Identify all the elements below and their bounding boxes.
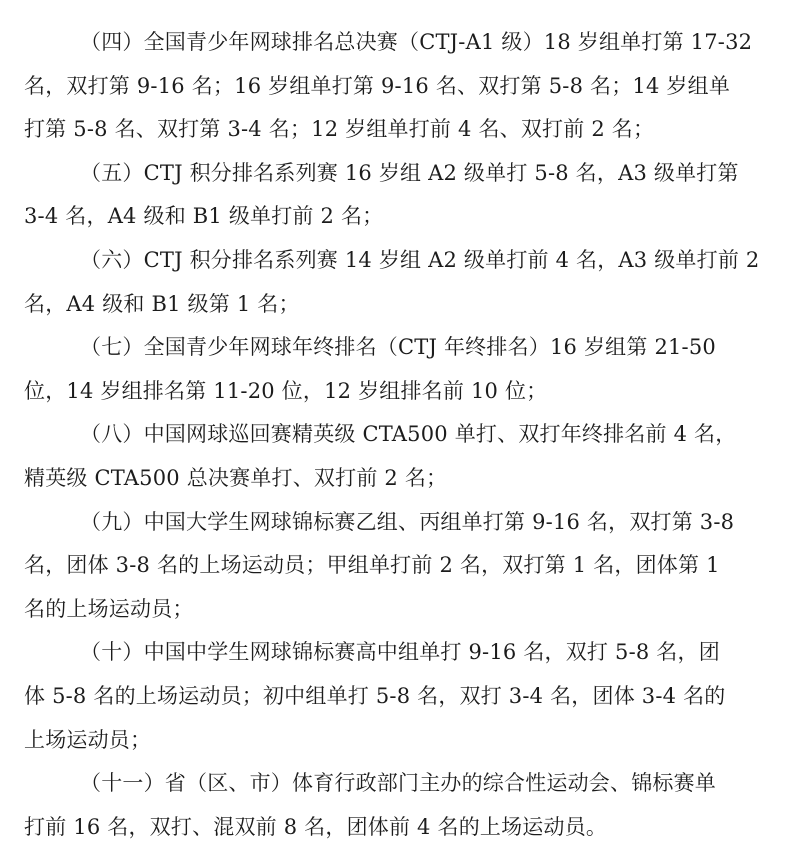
paragraph-7: （七）全国青少年网球年终排名（CTJ 年终排名）16 岁组第 21-50 位，1… <box>24 326 784 413</box>
paragraph-line: 名，A4 级和 B1 级第 1 名； <box>24 283 784 327</box>
paragraph-line: （七）全国青少年网球年终排名（CTJ 年终排名）16 岁组第 21-50 <box>24 326 784 370</box>
paragraph-line: 体 5-8 名的上场运动员；初中组单打 5-8 名，双打 3-4 名，团体 3-… <box>24 675 784 719</box>
paragraph-line: （九）中国大学生网球锦标赛乙组、丙组单打第 9-16 名，双打第 3-8 <box>24 501 784 545</box>
paragraph-line: 3-4 名，A4 级和 B1 级单打前 2 名； <box>24 195 784 239</box>
paragraph-8: （八）中国网球巡回赛精英级 CTA500 单打、双打年终排名前 4 名， 精英级… <box>24 413 784 500</box>
paragraph-line: （六）CTJ 积分排名系列赛 14 岁组 A2 级单打前 4 名，A3 级单打前… <box>24 239 784 283</box>
paragraph-line: 打第 5-8 名、双打第 3-4 名；12 岁组单打前 4 名、双打前 2 名； <box>24 108 784 152</box>
paragraph-line: 名，团体 3-8 名的上场运动员；甲组单打前 2 名，双打第 1 名，团体第 1 <box>24 544 784 588</box>
paragraph-9: （九）中国大学生网球锦标赛乙组、丙组单打第 9-16 名，双打第 3-8 名，团… <box>24 501 784 632</box>
paragraph-line: 精英级 CTA500 总决赛单打、双打前 2 名； <box>24 457 784 501</box>
paragraph-line: （五）CTJ 积分排名系列赛 16 岁组 A2 级单打 5-8 名，A3 级单打… <box>24 152 784 196</box>
paragraph-line: 位，14 岁组排名第 11-20 位，12 岁组排名前 10 位； <box>24 370 784 414</box>
paragraph-11: （十一）省（区、市）体育行政部门主办的综合性运动会、锦标赛单 打前 16 名，双… <box>24 762 784 849</box>
paragraph-line: 名的上场运动员； <box>24 588 784 632</box>
paragraph-4: （四）全国青少年网球排名总决赛（CTJ-A1 级）18 岁组单打第 17-32 … <box>24 21 784 152</box>
paragraph-line: （四）全国青少年网球排名总决赛（CTJ-A1 级）18 岁组单打第 17-32 <box>24 21 784 65</box>
paragraph-6: （六）CTJ 积分排名系列赛 14 岁组 A2 级单打前 4 名，A3 级单打前… <box>24 239 784 326</box>
paragraph-line: 打前 16 名，双打、混双前 8 名，团体前 4 名的上场运动员。 <box>24 806 784 850</box>
paragraph-5: （五）CTJ 积分排名系列赛 16 岁组 A2 级单打 5-8 名，A3 级单打… <box>24 152 784 239</box>
paragraph-line: （十一）省（区、市）体育行政部门主办的综合性运动会、锦标赛单 <box>24 762 784 806</box>
document-body: （四）全国青少年网球排名总决赛（CTJ-A1 级）18 岁组单打第 17-32 … <box>24 21 784 849</box>
paragraph-line: （八）中国网球巡回赛精英级 CTA500 单打、双打年终排名前 4 名， <box>24 413 784 457</box>
paragraph-line: （十）中国中学生网球锦标赛高中组单打 9-16 名，双打 5-8 名，团 <box>24 631 784 675</box>
paragraph-10: （十）中国中学生网球锦标赛高中组单打 9-16 名，双打 5-8 名，团 体 5… <box>24 631 784 762</box>
paragraph-line: 名，双打第 9-16 名；16 岁组单打第 9-16 名、双打第 5-8 名；1… <box>24 65 784 109</box>
paragraph-line: 上场运动员； <box>24 719 784 763</box>
